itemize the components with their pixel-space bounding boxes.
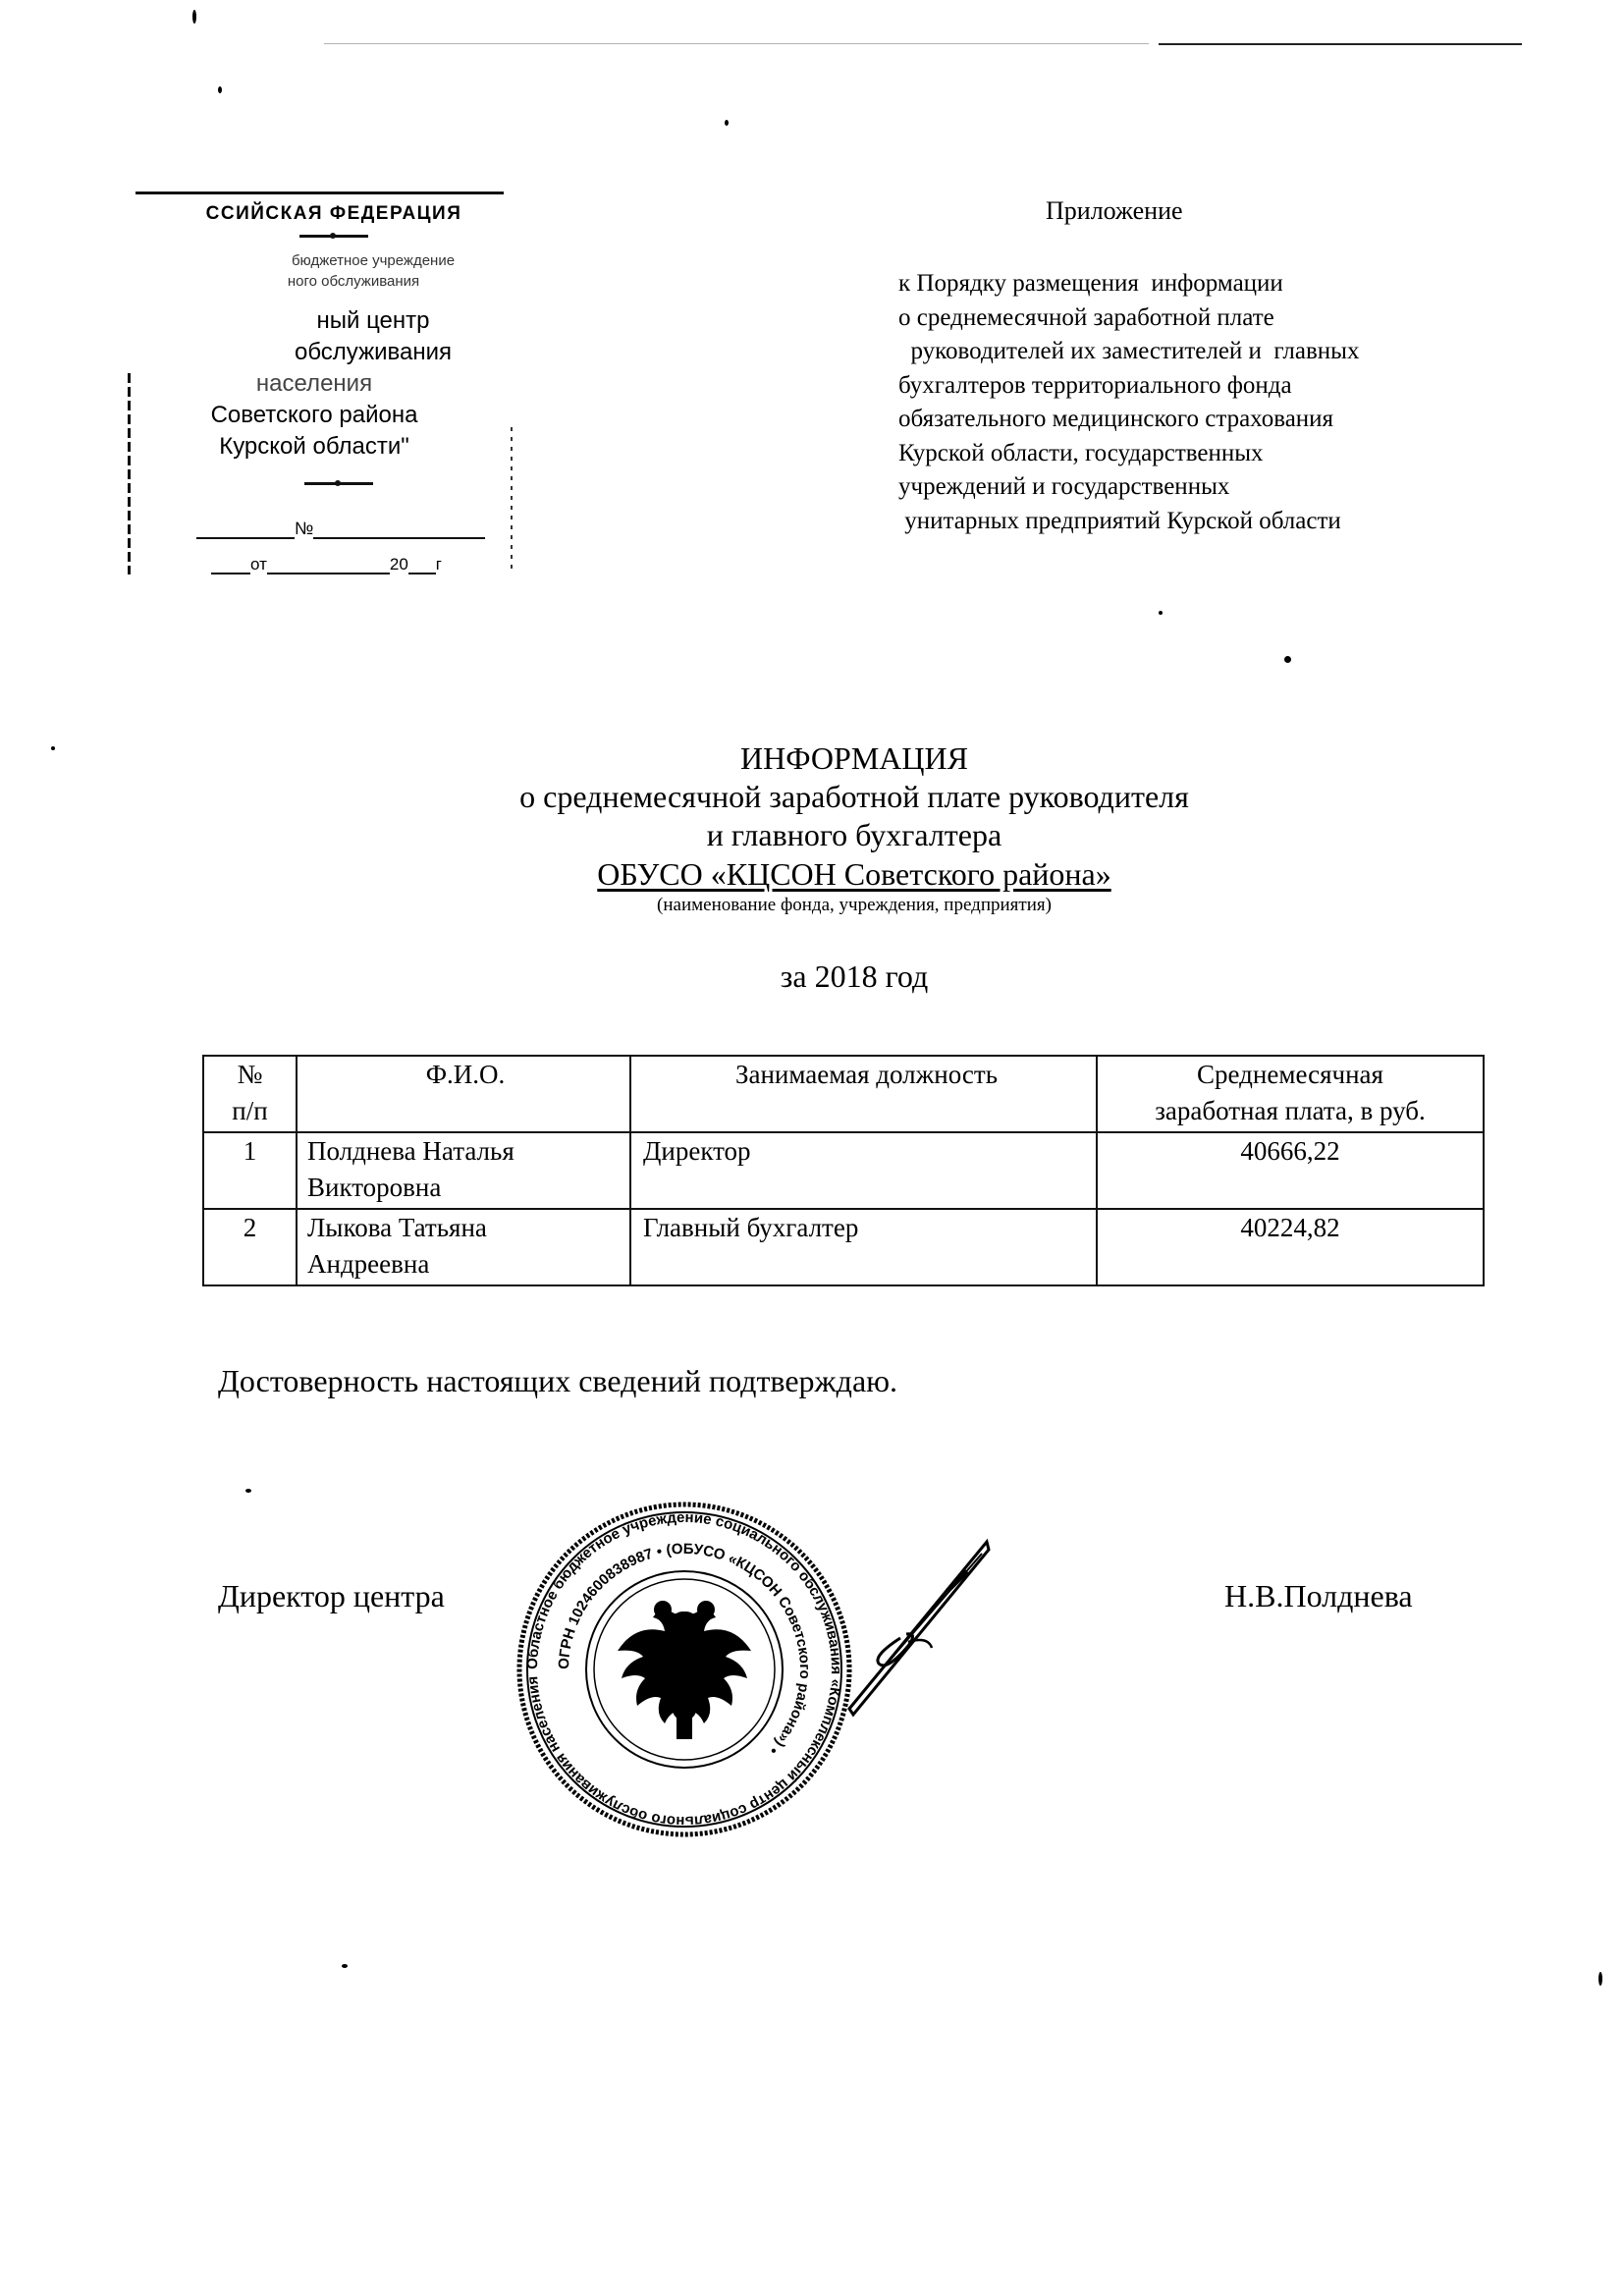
stamp-right-border [511, 427, 513, 574]
document-subtitle-2: и главного бухгалтера [0, 816, 1624, 854]
scan-artifact-speck [1284, 656, 1291, 663]
handwritten-signature-icon [839, 1532, 1006, 1733]
table-row: 2 Лыкова ТатьянаАндреевна Главный бухгал… [203, 1209, 1484, 1285]
stamp-year-suffix: г [436, 555, 442, 574]
row-position: Директор [630, 1132, 1097, 1209]
stamp-ornament-divider [299, 235, 368, 238]
scan-artifact-line [1159, 43, 1522, 45]
stamp-org-name-3: населения [128, 370, 501, 398]
header-average-salary: Среднемесячнаязаработная плата, в руб. [1097, 1056, 1484, 1132]
stamp-country: ССИЙСКАЯ ФЕДЕРАЦИЯ [128, 203, 520, 225]
stamp-top-border [135, 191, 504, 194]
stamp-ornament-divider [304, 482, 373, 485]
row-number: 2 [203, 1209, 297, 1285]
header-number: №п/п [203, 1056, 297, 1132]
confirmation-statement: Достоверность настоящих сведений подтвер… [218, 1363, 897, 1399]
header-full-name: Ф.И.О. [297, 1056, 630, 1132]
organization-name-caption: (наименование фонда, учреждения, предпри… [0, 894, 1624, 917]
signer-name: Н.В.Полднева [1224, 1578, 1413, 1614]
stamp-district: Советского района [128, 402, 501, 429]
scan-artifact-speck [342, 1964, 348, 1968]
scan-artifact-speck [218, 86, 222, 93]
stamp-region: Курской области" [128, 433, 501, 461]
stamp-date-field: от20г [211, 555, 442, 574]
stamp-org-name-2: обслуживания [128, 339, 560, 366]
stamp-left-border [128, 373, 131, 574]
row-full-name: Лыкова ТатьянаАндреевна [297, 1209, 630, 1285]
table-row: 1 Полднева НатальяВикторовна Директор 40… [203, 1132, 1484, 1209]
table-header-row: №п/п Ф.И.О. Занимаемая должность Среднем… [203, 1056, 1484, 1132]
stamp-org-type-2: ного обслуживания [128, 273, 540, 290]
stamp-org-type: бюджетное учреждение [128, 252, 560, 269]
row-number: 1 [203, 1132, 297, 1209]
stamp-date-label: от [250, 555, 267, 574]
stamp-org-name-1: ный центр [128, 307, 560, 335]
scan-artifact-speck [725, 120, 729, 126]
scan-artifact-speck [245, 1489, 251, 1493]
official-round-seal-icon: Областное бюджетное учреждение социально… [513, 1498, 856, 1846]
document-subtitle-1: о среднемесячной заработной плате руково… [0, 778, 1624, 816]
scan-artifact-speck [1159, 611, 1163, 615]
document-title: ИНФОРМАЦИЯ [0, 738, 1624, 778]
scan-artifact-speck [1598, 1972, 1602, 1986]
report-period: за 2018 год [0, 958, 1624, 995]
appendix-reference: к Порядку размещения информации о средне… [898, 267, 1359, 538]
header-position: Занимаемая должность [630, 1056, 1097, 1132]
stamp-number-label: № [295, 519, 313, 538]
row-salary: 40666,22 [1097, 1132, 1484, 1209]
row-position: Главный бухгалтер [630, 1209, 1097, 1285]
document-title-block: ИНФОРМАЦИЯ о среднемесячной заработной п… [0, 738, 1624, 995]
salary-table: №п/п Ф.И.О. Занимаемая должность Среднем… [202, 1055, 1485, 1286]
scan-artifact-speck [192, 10, 196, 24]
stamp-number-field: № [196, 519, 485, 539]
scan-artifact-line [324, 43, 1149, 44]
row-salary: 40224,82 [1097, 1209, 1484, 1285]
signer-position: Директор центра [218, 1578, 445, 1614]
organization-header-stamp: ССИЙСКАЯ ФЕДЕРАЦИЯ бюджетное учреждение … [128, 191, 501, 594]
appendix-title: Приложение [1046, 196, 1183, 226]
row-full-name: Полднева НатальяВикторовна [297, 1132, 630, 1209]
organization-name: ОБУСО «КЦСОН Советского района» [0, 854, 1624, 894]
stamp-year-prefix: 20 [390, 555, 408, 574]
